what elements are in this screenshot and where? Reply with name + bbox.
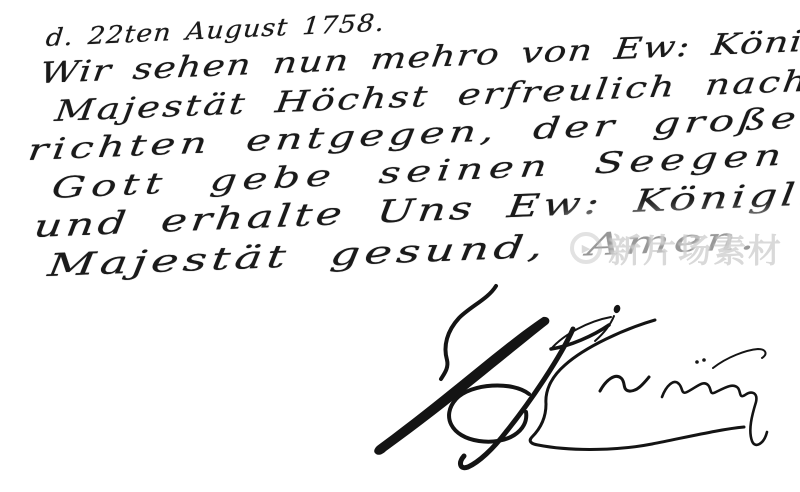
scanned-letter-page: d. 22ten August 1758. Wir sehen nun mehr… xyxy=(0,0,800,492)
signature-stroke xyxy=(600,376,649,391)
signature-stroke xyxy=(695,360,699,364)
signature-flourish xyxy=(0,0,800,492)
signature-stroke xyxy=(449,385,529,441)
signature-stroke xyxy=(662,382,767,445)
signature-stroke xyxy=(713,349,765,368)
signature-stroke xyxy=(702,358,706,362)
signature-stroke xyxy=(613,304,622,314)
